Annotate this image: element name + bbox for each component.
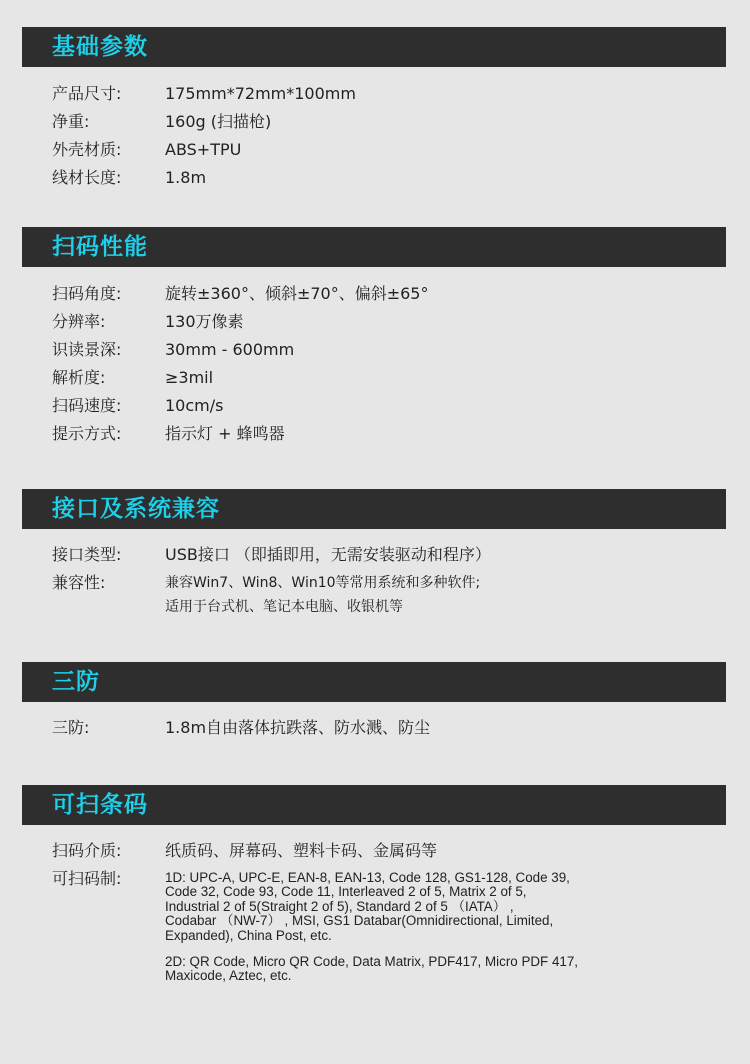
code-line: Industrial 2 of 5(Straight 2 of 5), Stan… xyxy=(165,900,685,914)
spec-label: 线材长度: xyxy=(52,166,121,190)
spec-sheet: 基础参数 产品尺寸: 175mm*72mm*100mm 净重: 160g (扫描… xyxy=(0,0,750,1064)
spec-label: 扫码介质: xyxy=(52,839,121,863)
section-header-interface-compat: 接口及系统兼容 xyxy=(22,489,726,529)
symbologies-1d: 1D: UPC-A, UPC-E, EAN-8, EAN-13, Code 12… xyxy=(165,871,685,943)
code-line: Code 32, Code 93, Code 11, Interleaved 2… xyxy=(165,885,685,899)
spec-value: 兼容Win7、Win8、Win10等常用系统和多种软件; xyxy=(165,571,480,595)
spec-label: 三防: xyxy=(52,716,89,740)
spec-value: 160g (扫描枪) xyxy=(165,110,271,134)
spec-label: 产品尺寸: xyxy=(52,82,121,106)
code-line: 1D: UPC-A, UPC-E, EAN-8, EAN-13, Code 12… xyxy=(165,871,685,885)
code-line: 2D: QR Code, Micro QR Code, Data Matrix,… xyxy=(165,955,685,969)
spec-value: 30mm - 600mm xyxy=(165,338,294,362)
spec-value: 1.8m自由落体抗跌落、防水溅、防尘 xyxy=(165,716,430,740)
spec-label: 兼容性: xyxy=(52,571,105,595)
code-line: Maxicode, Aztec, etc. xyxy=(165,969,685,983)
spec-label: 分辨率: xyxy=(52,310,105,334)
spec-value: ≥3mil xyxy=(165,366,213,390)
spec-label: 外壳材质: xyxy=(52,138,121,162)
section-header-scan-performance: 扫码性能 xyxy=(22,227,726,267)
spec-label: 解析度: xyxy=(52,366,105,390)
section-title: 接口及系统兼容 xyxy=(52,492,220,526)
spec-value: 指示灯 + 蜂鸣器 xyxy=(165,422,285,446)
spec-label: 识读景深: xyxy=(52,338,121,362)
section-title: 基础参数 xyxy=(52,30,148,64)
spec-label: 可扫码制: xyxy=(52,867,121,891)
spec-value: 175mm*72mm*100mm xyxy=(165,82,356,106)
spec-value: ABS+TPU xyxy=(165,138,241,162)
spec-label: 扫码角度: xyxy=(52,282,121,306)
code-line: Expanded), China Post, etc. xyxy=(165,929,685,943)
section-title: 扫码性能 xyxy=(52,230,148,264)
spec-value: 旋转±360°、倾斜±70°、偏斜±65° xyxy=(165,282,428,306)
section-header-three-proof: 三防 xyxy=(22,662,726,702)
spec-label: 接口类型: xyxy=(52,543,121,567)
section-header-basic-params: 基础参数 xyxy=(22,27,726,67)
spec-label: 扫码速度: xyxy=(52,394,121,418)
spec-value: 10cm/s xyxy=(165,394,223,418)
spec-label: 提示方式: xyxy=(52,422,121,446)
spec-value: 适用于台式机、笔记本电脑、收银机等 xyxy=(165,595,403,619)
spec-value: 纸质码、屏幕码、塑料卡码、金属码等 xyxy=(165,839,437,863)
code-line: Codabar （NW-7） , MSI, GS1 Databar(Omnidi… xyxy=(165,914,685,928)
section-title: 可扫条码 xyxy=(52,788,148,822)
spec-value: 1.8m xyxy=(165,166,206,190)
spec-value: USB接口 （即插即用，无需安装驱动和程序） xyxy=(165,543,491,567)
spec-value: 130万像素 xyxy=(165,310,244,334)
spec-label: 净重: xyxy=(52,110,89,134)
section-header-scannable-codes: 可扫条码 xyxy=(22,785,726,825)
section-title: 三防 xyxy=(52,665,100,699)
symbologies-2d: 2D: QR Code, Micro QR Code, Data Matrix,… xyxy=(165,955,685,984)
